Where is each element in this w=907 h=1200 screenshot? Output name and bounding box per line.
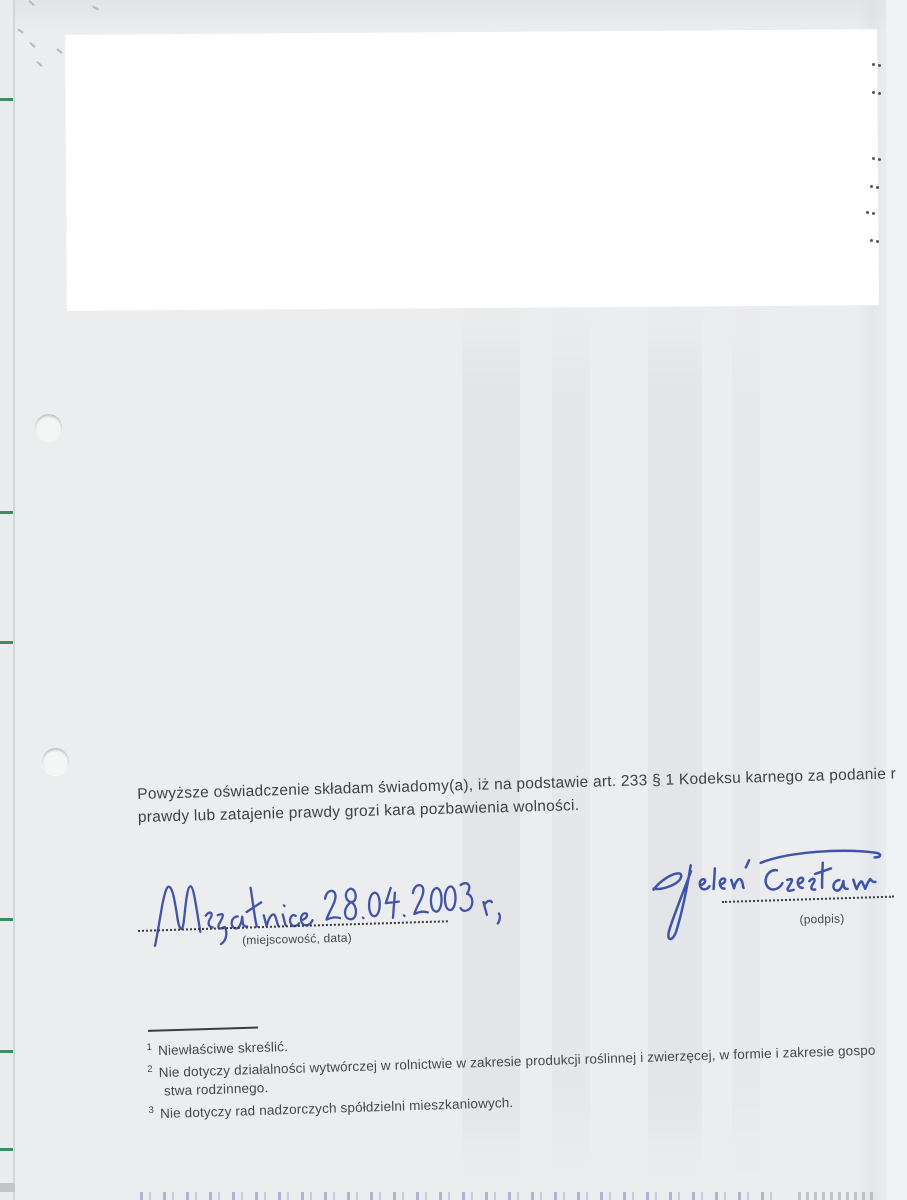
statement-paragraph: Powyższe oświadczenie składam świadomy(a… [137, 761, 907, 829]
left-edge-green-mark [0, 641, 13, 644]
clipped-dot-artifact [866, 211, 869, 214]
clipped-dot-artifact [870, 239, 873, 242]
footnote-2-marker: 2 [147, 1064, 153, 1075]
punch-hole [35, 414, 62, 441]
left-edge-green-mark [0, 98, 13, 101]
left-edge-green-mark [0, 918, 13, 921]
scan-speck [29, 42, 36, 48]
scan-top-shadow [0, 0, 907, 32]
left-edge-gray-mark [0, 1183, 15, 1192]
paper-left-edge [13, 0, 15, 1200]
footnotes-block: 1Niewłaściwe skreślić. 2Nie dotyczy dzia… [146, 1004, 907, 1123]
scan-speck [56, 48, 63, 54]
footnote-1-marker: 1 [146, 1042, 152, 1053]
left-edge-green-mark [0, 511, 13, 514]
cut-off-text-remnant [798, 1192, 876, 1200]
cut-off-text-remnant [140, 1192, 780, 1200]
scan-speck [36, 61, 43, 67]
footnote-divider [148, 1026, 258, 1031]
left-edge-green-mark [0, 1148, 13, 1151]
clipped-dot-artifact [872, 157, 875, 160]
clipped-dot-artifact [872, 63, 875, 66]
left-edge-green-mark [0, 1050, 13, 1053]
clipped-dot-artifact [872, 91, 875, 94]
clipped-dot-artifact [870, 185, 873, 188]
scan-left-margin [0, 0, 14, 1200]
footnote-3-marker: 3 [148, 1104, 154, 1115]
redacted-blank-area [65, 29, 879, 311]
punch-hole [42, 748, 69, 775]
scanned-document-page: Powyższe oświadczenie składam świadomy(a… [0, 0, 907, 1200]
footnote-1-text: Niewłaściwe skreślić. [158, 1039, 288, 1058]
signature-label: (podpis) [772, 911, 872, 927]
